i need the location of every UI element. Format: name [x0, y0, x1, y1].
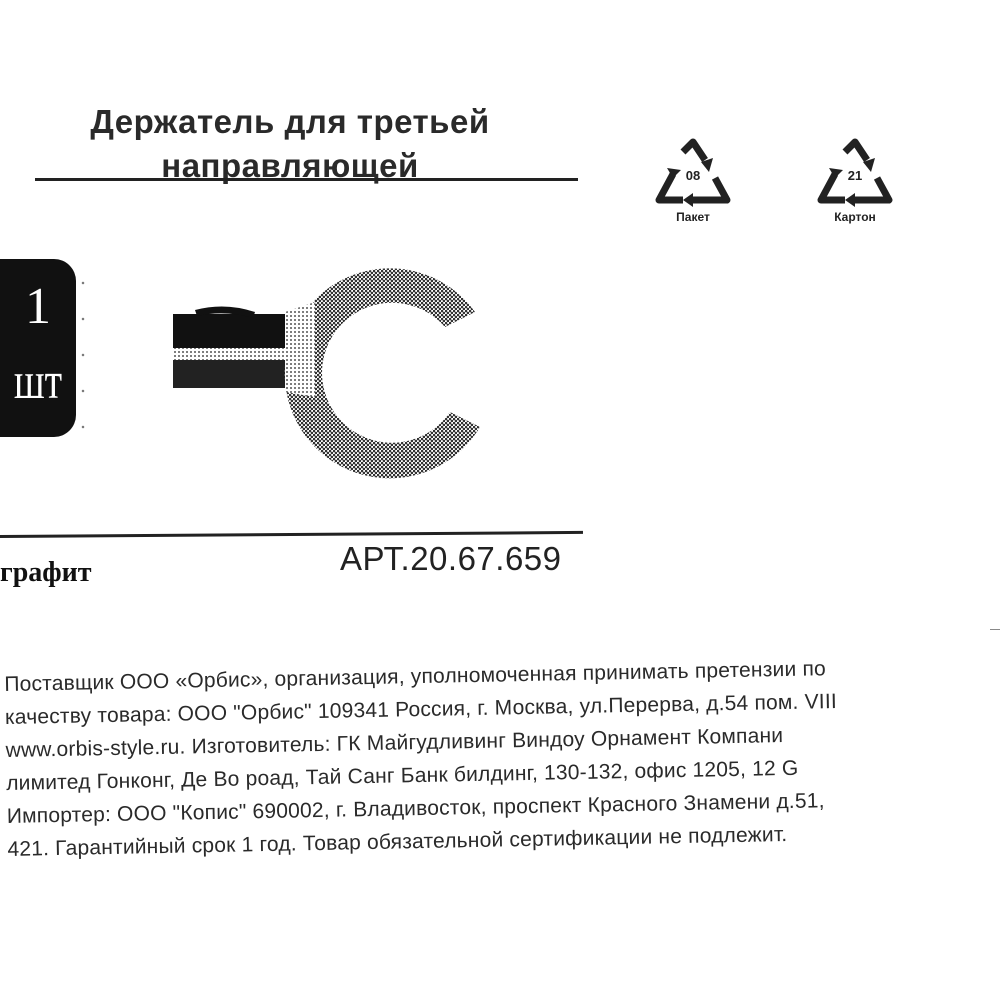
- recycle-code: 21: [810, 168, 900, 183]
- dotted-guide: [80, 265, 86, 435]
- title-line-2: направляющей: [40, 144, 540, 188]
- title-line-1: Держатель для третьей: [40, 100, 540, 144]
- product-image-holder-icon: [165, 262, 495, 492]
- recycle-mark-carton: 21 Картон: [810, 138, 900, 224]
- supplier-info: Поставщик ООО «Орбис», организация, упол…: [4, 649, 998, 866]
- product-title: Держатель для третьей направляющей: [40, 100, 540, 188]
- recycle-code: 08: [648, 168, 738, 183]
- quantity-badge: 1 шт: [0, 259, 76, 437]
- article-number: АРТ.20.67.659: [340, 540, 562, 578]
- edge-mark: [990, 629, 1000, 630]
- title-divider: [35, 178, 578, 181]
- quantity-unit: шт: [0, 352, 76, 409]
- recycle-label: Картон: [810, 210, 900, 224]
- recycle-mark-bag: 08 Пакет: [648, 138, 738, 224]
- recycle-label: Пакет: [648, 210, 738, 224]
- quantity-number: 1: [0, 281, 76, 333]
- color-name: графит: [0, 557, 92, 589]
- bottom-divider: [0, 531, 583, 538]
